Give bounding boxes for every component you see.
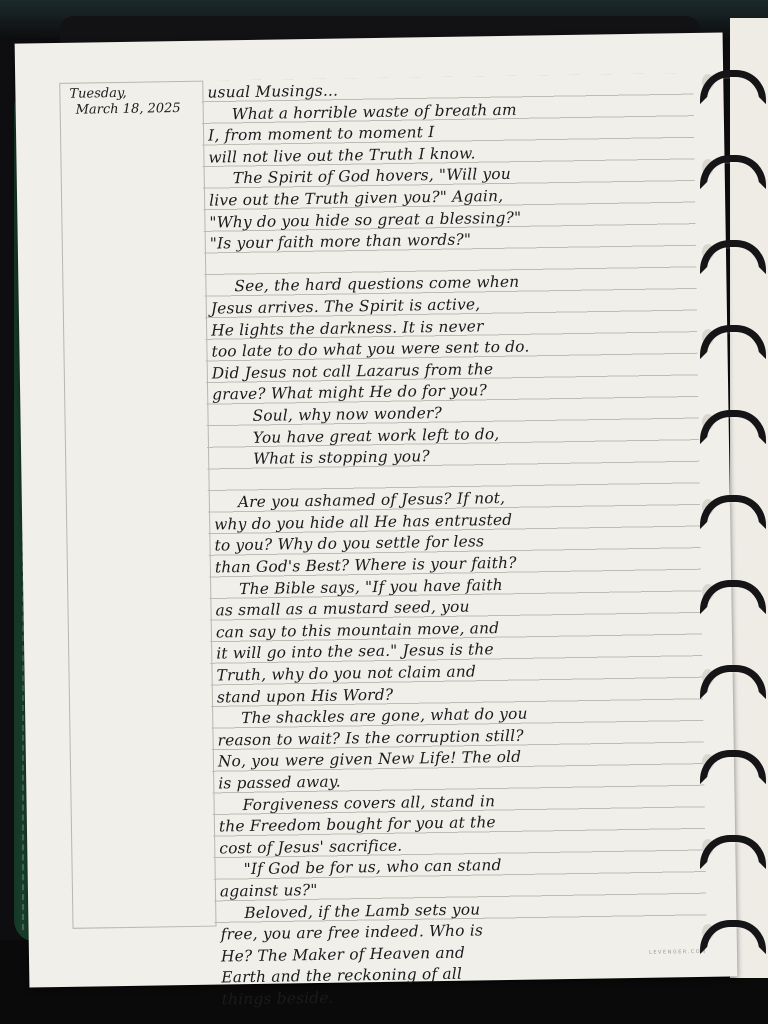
entry-full-date: March 18, 2025 (64, 101, 204, 119)
journal-entry-text: usual Musings...What a horrible waste of… (207, 75, 710, 1011)
journal-page: Tuesday, March 18, 2025 usual Musings...… (15, 32, 738, 987)
date-margin-column (59, 81, 216, 929)
entry-date: Tuesday, March 18, 2025 (63, 85, 203, 119)
page-footer-brand: LEVENGER.COM (649, 949, 707, 956)
